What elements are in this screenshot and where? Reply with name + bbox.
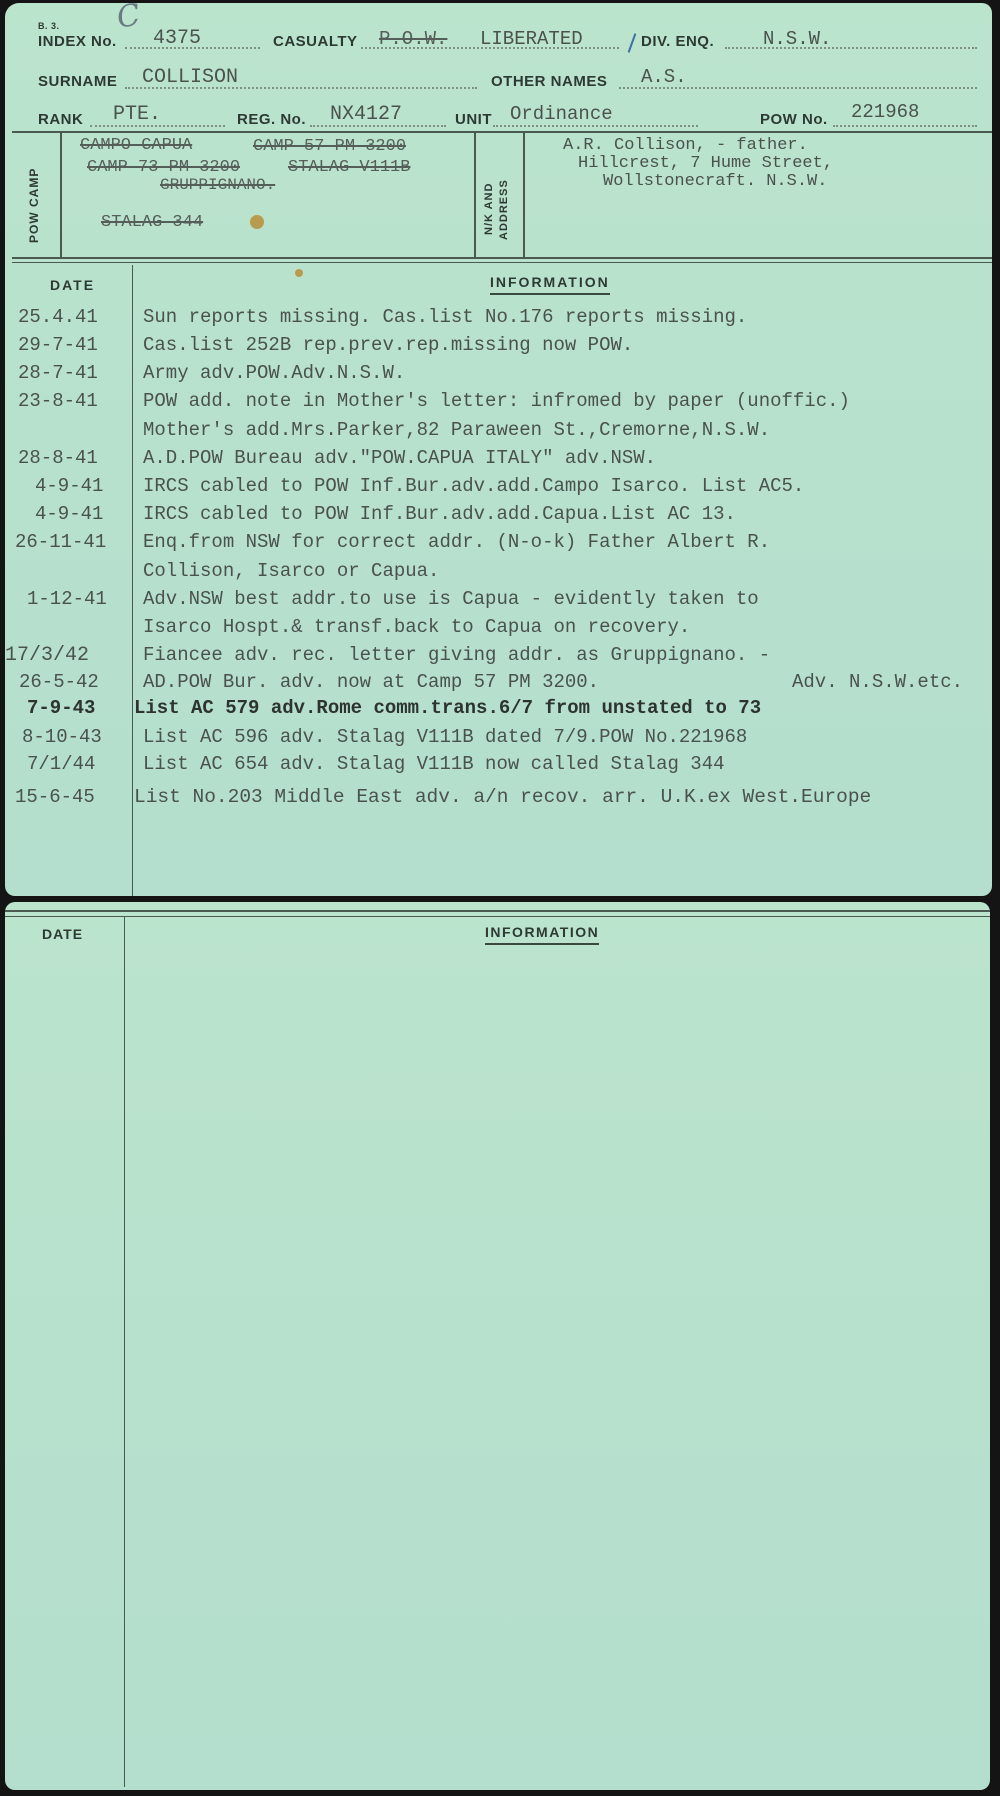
pow-no-label: POW No. xyxy=(760,111,828,128)
pow-no-value: 221968 xyxy=(851,101,919,123)
entry-text: Army adv.POW.Adv.N.S.W. xyxy=(143,362,405,384)
other-names-value: A.S. xyxy=(641,66,687,88)
information-column-header: INFORMATION xyxy=(490,274,610,295)
surname-label: SURNAME xyxy=(38,73,117,90)
entry-date: 25.4.41 xyxy=(18,306,98,328)
entry-date: 1-12-41 xyxy=(27,588,107,610)
entry-date: 8-10-43 xyxy=(22,726,102,748)
entry-text: Enq.from NSW for correct addr. (N-o-k) F… xyxy=(143,531,770,553)
unit-label: UNIT xyxy=(455,111,492,128)
entry-text: Mother's add.Mrs.Parker,82 Paraween St.,… xyxy=(143,419,770,441)
entry-date: 7/1/44 xyxy=(27,753,95,775)
entry-text: POW add. note in Mother's letter: infrom… xyxy=(143,390,850,412)
entry-text: List AC 654 adv. Stalag V111B now called… xyxy=(143,753,725,775)
entry-date: 28-8-41 xyxy=(18,447,98,469)
entry-suffix: Adv. N.S.W.etc. xyxy=(792,671,963,693)
pow-camp-entry: STALAG V111B xyxy=(288,158,410,177)
entry-text: Fiancee adv. rec. letter giving addr. as… xyxy=(143,644,770,666)
other-names-label: OTHER NAMES xyxy=(491,73,607,90)
nk-address-label-2: ADDRESS xyxy=(498,179,510,240)
entry-date: 4-9-41 xyxy=(35,475,103,497)
index-no-value: 4375 xyxy=(153,27,201,50)
pow-camp-entry: CAMPO CAPUA xyxy=(80,136,192,155)
pow-camp-entry: CAMP 57 PM 3200 xyxy=(253,137,406,156)
date-column-header: DATE xyxy=(50,277,95,293)
pow-camp-entry: CAMP 73 PM 3200 xyxy=(87,158,240,177)
unit-value: Ordinance xyxy=(510,103,613,125)
entry-text: A.D.POW Bureau adv."POW.CAPUA ITALY" adv… xyxy=(143,447,656,469)
entry-date: 26-11-41 xyxy=(15,531,106,553)
rank-label: RANK xyxy=(38,111,83,128)
entry-text: Isarco Hospt.& transf.back to Capua on r… xyxy=(143,616,690,638)
index-no-label: INDEX No. xyxy=(38,33,117,50)
record-card-front: B. 3. C INDEX No. 4375 CASUALTY P.O.W. L… xyxy=(5,3,992,896)
record-card-back: DATE INFORMATION xyxy=(5,902,990,1790)
pow-camp-label: POW CAMP xyxy=(27,168,41,243)
back-information-column-header: INFORMATION xyxy=(485,924,599,945)
entry-text: Adv.NSW best addr.to use is Capua - evid… xyxy=(143,588,759,610)
entry-date: 28-7-41 xyxy=(18,362,98,384)
reg-no-value: NX4127 xyxy=(330,103,402,126)
entry-text: IRCS cabled to POW Inf.Bur.adv.add.Campo… xyxy=(143,475,804,497)
entry-date: 7-9-43 xyxy=(27,697,95,719)
entry-text: List AC 579 adv.Rome comm.trans.6/7 from… xyxy=(134,697,761,719)
entry-date: 29-7-41 xyxy=(18,334,98,356)
entry-text: Collison, Isarco or Capua. xyxy=(143,560,439,582)
stain-mark xyxy=(250,215,264,229)
nk-address-line: A.R. Collison, - father. xyxy=(563,136,808,155)
surname-value: COLLISON xyxy=(142,66,238,89)
casualty-value: LIBERATED xyxy=(480,28,583,50)
entry-text: List No.203 Middle East adv. a/n recov. … xyxy=(134,786,871,808)
pen-mark: C xyxy=(114,0,143,36)
pow-camp-entry: STALAG 344 xyxy=(101,213,203,232)
div-enq-label: DIV. ENQ. xyxy=(641,33,714,50)
entry-date: 23-8-41 xyxy=(18,390,98,412)
entry-date: 26-5-42 xyxy=(19,671,99,693)
nk-address-line: Hillcrest, 7 Hume Street, xyxy=(578,154,833,173)
entry-text: AD.POW Bur. adv. now at Camp 57 PM 3200. xyxy=(143,671,599,693)
stain-mark xyxy=(295,269,303,277)
reg-no-label: REG. No. xyxy=(237,111,306,128)
pow-camp-entry: GRUPPIGNANO. xyxy=(160,176,275,194)
entry-date: 4-9-41 xyxy=(35,503,103,525)
entry-date: 15-6-45 xyxy=(15,786,95,808)
pen-tick-mark xyxy=(628,33,637,52)
nk-address-label-1: N/K AND xyxy=(483,183,495,235)
casualty-struck-value: P.O.W. xyxy=(379,28,447,50)
entry-text: List AC 596 adv. Stalag V111B dated 7/9.… xyxy=(143,726,747,748)
entry-text: Sun reports missing. Cas.list No.176 rep… xyxy=(143,306,747,328)
nk-address-line: Wollstonecraft. N.S.W. xyxy=(603,172,827,191)
casualty-label: CASUALTY xyxy=(273,33,358,50)
entry-date: 17/3/42 xyxy=(5,644,89,667)
div-enq-value: N.S.W. xyxy=(763,28,831,50)
back-date-column-header: DATE xyxy=(42,926,83,942)
entry-text: IRCS cabled to POW Inf.Bur.adv.add.Capua… xyxy=(143,503,736,525)
form-code: B. 3. xyxy=(38,21,60,31)
rank-value: PTE. xyxy=(113,103,161,126)
entry-text: Cas.list 252B rep.prev.rep.missing now P… xyxy=(143,334,633,356)
